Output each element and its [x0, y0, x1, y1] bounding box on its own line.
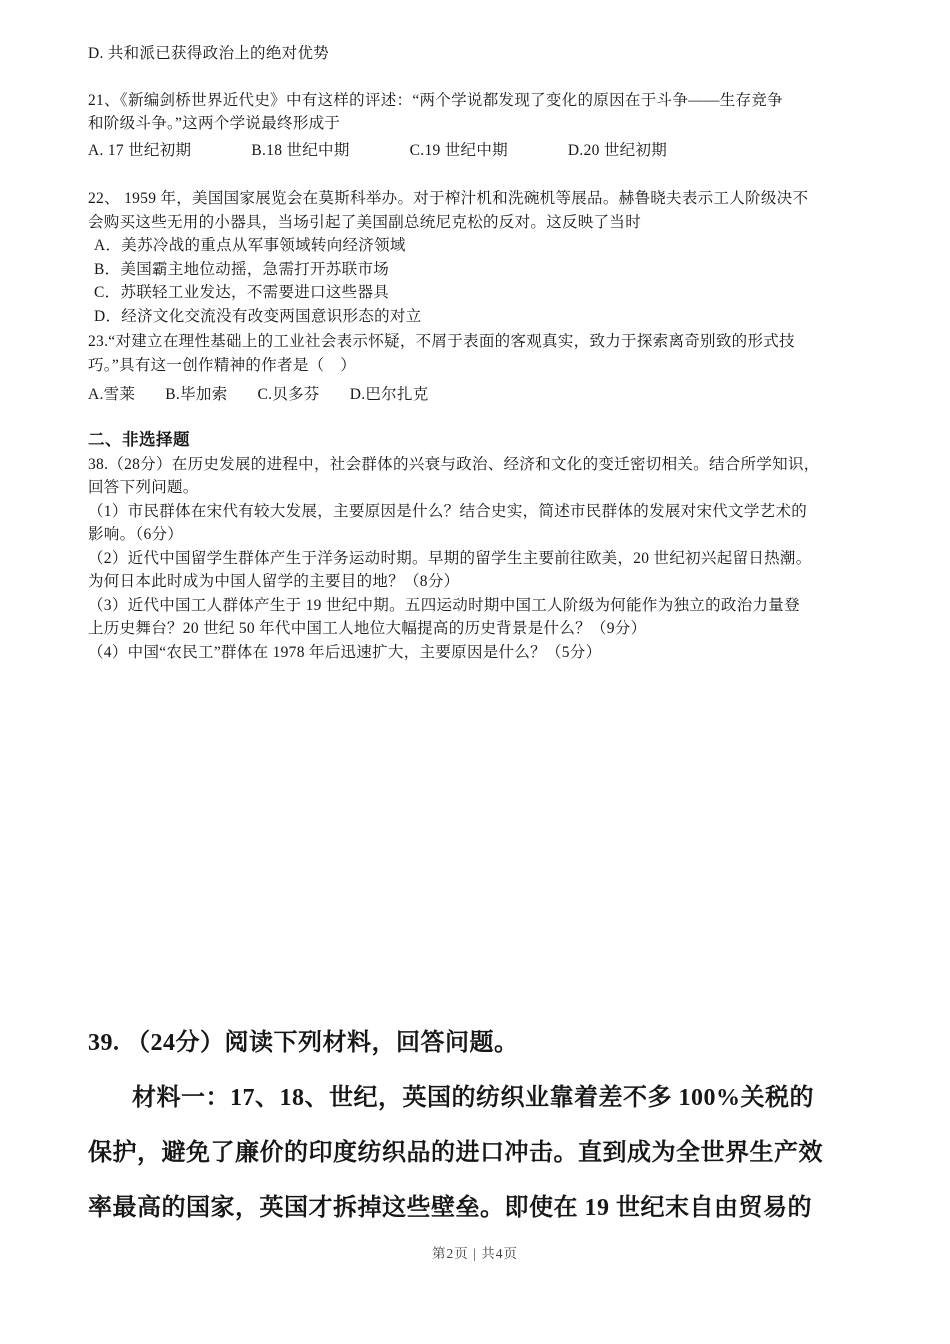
question-22-line: 会购买这些无用的小器具，当场引起了美国副总统尼克松的反对。这反映了当时 [88, 211, 878, 235]
option-c: C.贝多芬 [258, 383, 320, 407]
question-22: 22、 1959 年，美国国家展览会在莫斯科举办。对于榨汁机和洗碗机等展品。赫鲁… [88, 187, 878, 328]
exam-paper-page: D. 共和派已获得政治上的绝对优势 21、《新编剑桥世界近代史》中有这样的评述：… [0, 0, 950, 1344]
question-38: 38.（28分）在历史发展的进程中，社会群体的兴衰与政治、经济和文化的变迁密切相… [88, 453, 878, 665]
question-38-subq-3: （3）近代中国工人群体产生于 19 世纪中期。五四运动时期中国工人阶级为何能作为… [88, 594, 878, 618]
question-23-options-row: A.雪莱 B.毕加索 C.贝多芬 D.巴尔扎克 [88, 383, 878, 407]
question-38-line: 38.（28分）在历史发展的进程中，社会群体的兴衰与政治、经济和文化的变迁密切相… [88, 453, 878, 477]
option-a: A.雪莱 [88, 383, 135, 407]
section-2-heading: 二、非选择题 [88, 428, 878, 452]
option-d-previous-question: D. 共和派已获得政治上的绝对优势 [88, 42, 878, 66]
question-21: 21、《新编剑桥世界近代史》中有这样的评述：“两个学说都发现了变化的原因在于斗争… [88, 89, 878, 163]
question-38-line: 回答下列问题。 [88, 476, 878, 500]
question-38-subq-3-cont: 上历史舞台？20 世纪 50 年代中国工人地位大幅提高的历史背景是什么？（9分） [88, 617, 878, 641]
option-a: A．美苏冷战的重点从军事领域转向经济领域 [88, 234, 878, 258]
page-content: D. 共和派已获得政治上的绝对优势 21、《新编剑桥世界近代史》中有这样的评述：… [88, 0, 878, 1236]
question-23-line: 巧。”具有这一创作精神的作者是（ ） [88, 354, 878, 378]
question-39: 39. （24分）阅读下列材料，回答问题。 材料一：17、18、世纪，英国的纺织… [88, 1016, 878, 1236]
question-22-line: 22、 1959 年，美国国家展览会在莫斯科举办。对于榨汁机和洗碗机等展品。赫鲁… [88, 187, 878, 211]
question-38-subq-1: （1）市民群体在宋代有较大发展，主要原因是什么？结合史实，简述市民群体的发展对宋… [88, 500, 878, 524]
question-38-subq-1-cont: 影响。（6分） [88, 523, 878, 547]
question-21-line: 21、《新编剑桥世界近代史》中有这样的评述：“两个学说都发现了变化的原因在于斗争… [88, 89, 878, 113]
option-d: D.巴尔扎克 [350, 383, 429, 407]
question-38-subq-2-cont: 为何日本此时成为中国人留学的主要目的地？（8分） [88, 570, 878, 594]
option-b: B.毕加索 [165, 383, 227, 407]
question-21-line: 和阶级斗争。”这两个学说最终形成于 [88, 112, 878, 136]
question-21-options-row: A. 17 世纪初期 B.18 世纪中期 C.19 世纪中期 D.20 世纪初期 [88, 139, 878, 163]
page-footer: 第2页 | 共4页 [0, 1242, 950, 1262]
question-38-subq-4: （4）中国“农民工”群体在 1978 年后迅速扩大，主要原因是什么？（5分） [88, 641, 878, 665]
option-d: D.20 世纪初期 [568, 139, 667, 163]
question-39-heading: 39. （24分）阅读下列材料，回答问题。 [88, 1016, 878, 1071]
option-b: B.18 世纪中期 [251, 139, 349, 163]
material-1-line: 保护，避免了廉价的印度纺织品的进口冲击。直到成为全世界生产效 [88, 1126, 878, 1181]
option-c: C．苏联轻工业发达，不需要进口这些器具 [88, 281, 878, 305]
question-23-line: 23.“对建立在理性基础上的工业社会表示怀疑，不屑于表面的客观真实，致力于探索离… [88, 330, 878, 354]
material-1-line: 材料一：17、18、世纪，英国的纺织业靠着差不多 100%关税的 [88, 1071, 878, 1126]
option-a: A. 17 世纪初期 [88, 139, 191, 163]
option-c: C.19 世纪中期 [410, 139, 508, 163]
material-1-line: 率最高的国家，英国才拆掉这些壁垒。即使在 19 世纪末自由贸易的 [88, 1181, 878, 1236]
question-23: 23.“对建立在理性基础上的工业社会表示怀疑，不屑于表面的客观真实，致力于探索离… [88, 330, 878, 407]
option-b: B．美国霸主地位动摇，急需打开苏联市场 [88, 258, 878, 282]
question-38-subq-2: （2）近代中国留学生群体产生于洋务运动时期。早期的留学生主要前往欧美，20 世纪… [88, 547, 878, 571]
option-d: D．经济文化交流没有改变两国意识形态的对立 [88, 305, 878, 329]
